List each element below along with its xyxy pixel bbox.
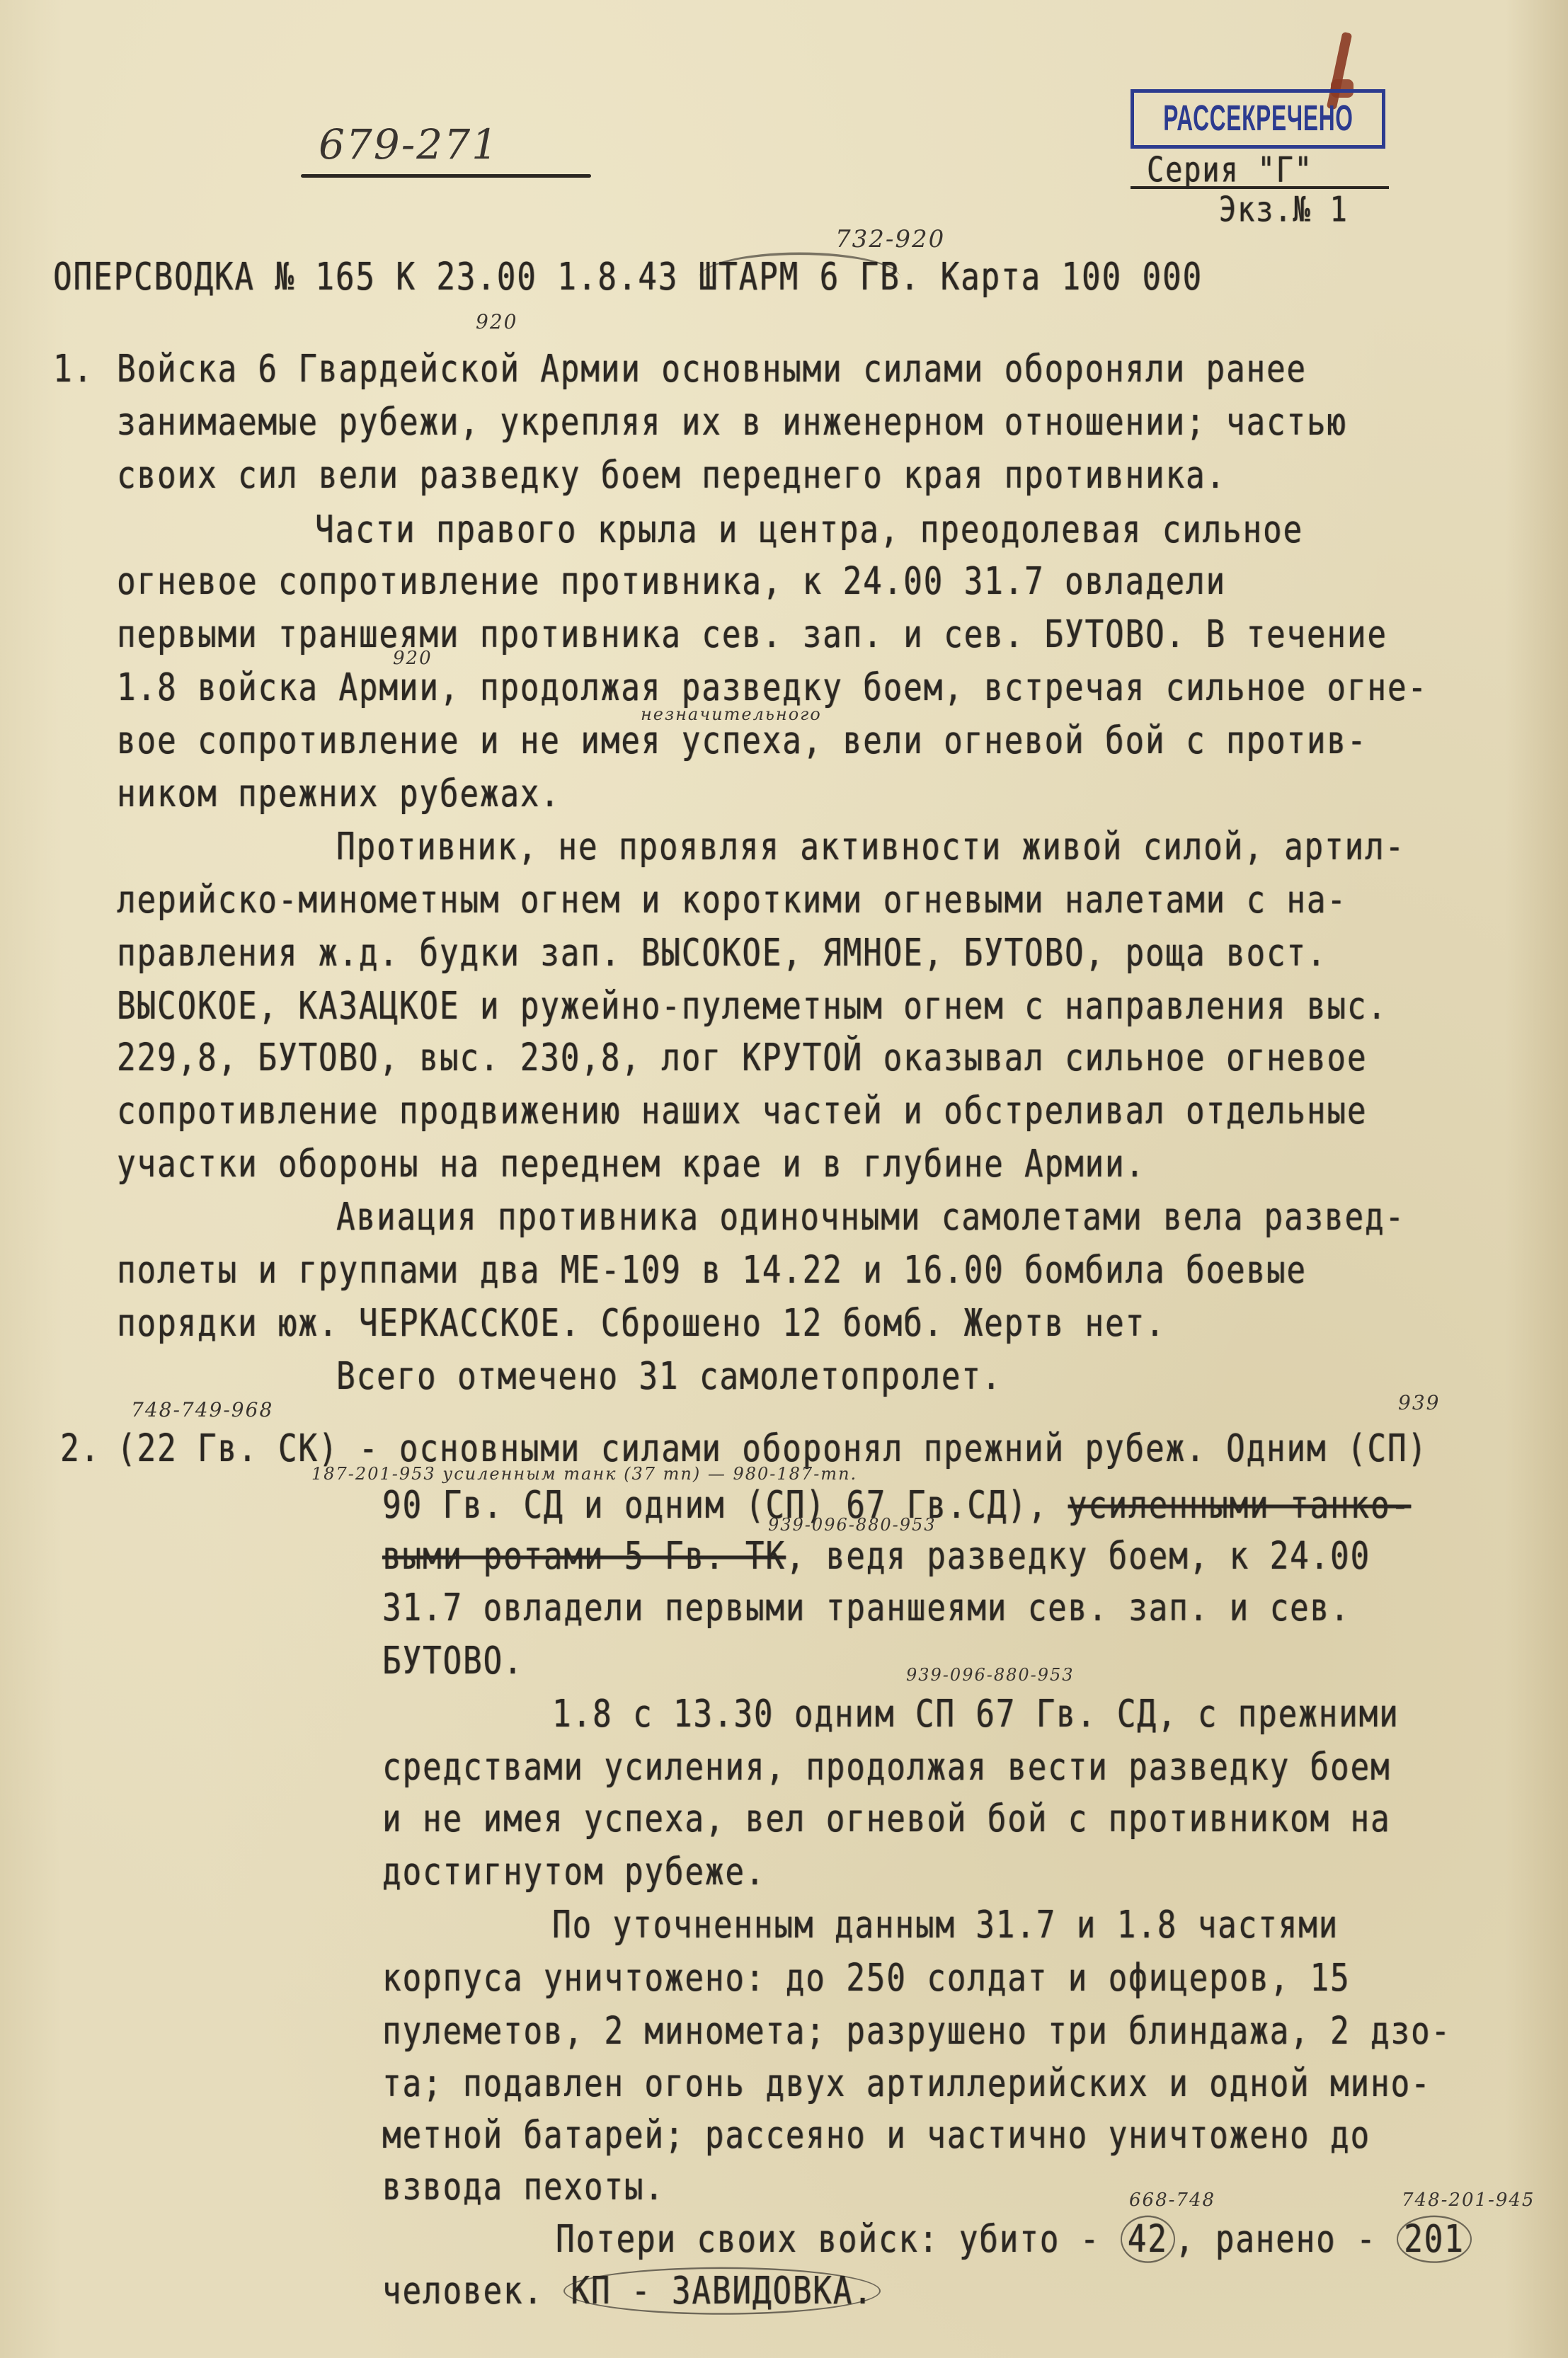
- annotation-killed: 668-748: [1129, 2190, 1215, 2211]
- para-line: корпуса уничтожено: до 250 солдат и офиц…: [382, 1959, 1351, 1998]
- para-line: полеты и группами два МЕ-109 в 14.22 и 1…: [117, 1252, 1307, 1290]
- series-label: Серия "Г": [1147, 153, 1313, 188]
- losses-line: Потери своих войск: убито - 42, ранено -…: [556, 2221, 1472, 2259]
- losses-line-2: человек. КП - ЗАВИДОВКА.: [382, 2272, 881, 2311]
- para-line: 1.8 войска Армии, продолжая разведку бое…: [117, 669, 1428, 707]
- para-line: Противник, не проявляя активности живой …: [336, 828, 1405, 866]
- people-label: человек.: [382, 2269, 563, 2313]
- struck-text: усиленными танко-: [1068, 1483, 1411, 1527]
- para-line: пулеметов, 2 миномета; разрушено три бли…: [382, 2013, 1451, 2051]
- archive-number-underline: [301, 174, 591, 178]
- para-line: сопротивление продвижению наших частей и…: [117, 1092, 1367, 1131]
- title-text: ОПЕРСВОДКА № 165 К 23.00 1.8.43: [53, 255, 699, 299]
- para-line: метной батарей; рассеяно и частично унич…: [382, 2117, 1370, 2155]
- document-title: ОПЕРСВОДКА № 165 К 23.00 1.8.43 ШТАРМ 6 …: [53, 258, 1203, 297]
- kept-text: 90 Гв. СД и одним (СП) 67 Гв.СД),: [382, 1483, 1068, 1527]
- command-post: КП - ЗАВИДОВКА.: [563, 2267, 880, 2315]
- annotation-corps: 748-749-968: [131, 1398, 273, 1421]
- para-line: правления ж.д. будки зап. ВЫСОКОЕ, ЯМНОЕ…: [117, 934, 1327, 973]
- section2-line: (22 Гв. СК) - основными силами оборонял …: [117, 1430, 1428, 1468]
- para-line: 1.8 с 13.30 одним СП 67 Гв. СД, с прежни…: [552, 1695, 1400, 1734]
- para-line: лерийско-минометным огнем и короткими ог…: [117, 881, 1347, 920]
- title-circled-hq: ШТАРМ 6 ГВ: [699, 252, 900, 299]
- annotation-reinforcement: 187-201-953 усиленным танк (37 тп) — 980…: [311, 1464, 857, 1484]
- annotation-units: 939-096-880-953: [768, 1515, 937, 1535]
- archive-number: 679-271: [319, 120, 499, 168]
- para-line: первыми траншеями противника сев. зап. и…: [117, 616, 1387, 654]
- para-line: Авиация противника одиночными самолетами…: [336, 1198, 1405, 1237]
- para-line: ником прежних рубежах.: [117, 775, 561, 813]
- para-line: По уточненным данным 31.7 и 1.8 частями: [552, 1906, 1339, 1945]
- wounded-count: 201: [1397, 2216, 1471, 2263]
- killed-count: 42: [1121, 2216, 1175, 2263]
- para-line: 229,8, БУТОВО, выс. 230,8, лог КРУТОЙ ок…: [117, 1039, 1367, 1077]
- para-line: Всего отмечено 31 самолетопролет.: [336, 1358, 1002, 1396]
- section1-line: занимаемые рубежи, укрепляя их в инженер…: [117, 404, 1347, 442]
- annotation-920-a: 920: [476, 310, 517, 333]
- para-line: взвода пехоты.: [382, 2168, 665, 2207]
- section2-line: БУТОВО.: [382, 1642, 523, 1681]
- section1-line: своих сил вели разведку боем переднего к…: [117, 457, 1226, 495]
- kept-text: , ведя разведку боем, к 24.00: [786, 1534, 1370, 1578]
- title-annotation: 732-920: [835, 225, 945, 253]
- para-line: и не имея успеха, вел огневой бой с прот…: [382, 1800, 1391, 1838]
- losses-prefix: Потери своих войск: убито -: [556, 2217, 1121, 2261]
- struck-text: выми ротами 5 Гв. ТК: [382, 1534, 786, 1578]
- section1-number: 1.: [53, 350, 93, 389]
- para-line: средствами усиления, продолжая вести раз…: [382, 1749, 1391, 1787]
- para-line: Части правого крыла и центра, преодолева…: [315, 511, 1303, 549]
- para-line: достигнутом рубеже.: [382, 1853, 765, 1891]
- annotation-units-2: 939-096-880-953: [906, 1665, 1075, 1685]
- section2-line: 31.7 овладели первыми траншеями сев. зап…: [382, 1589, 1351, 1627]
- para-line: вое сопротивление и не имея успеха, вели…: [117, 722, 1367, 760]
- stamp-label: РАССЕКРЕЧЕНО: [1163, 98, 1353, 139]
- copy-number: Экз.№ 1: [1219, 193, 1349, 227]
- losses-middle: , ранено -: [1175, 2217, 1397, 2261]
- para-line: ВЫСОКОЕ, КАЗАЦКОЕ и ружейно-пулеметным о…: [117, 988, 1387, 1026]
- section2-line: выми ротами 5 Гв. ТК, ведя разведку боем…: [382, 1538, 1370, 1576]
- title-map: . Карта 100 000: [900, 255, 1203, 299]
- series-underline: [1131, 186, 1389, 189]
- para-line: порядки юж. ЧЕРКАССКОЕ. Сброшено 12 бомб…: [117, 1305, 1166, 1343]
- para-line: та; подавлен огонь двух артиллерийских и…: [382, 2065, 1431, 2103]
- para-line: участки обороны на переднем крае и в глу…: [117, 1145, 1145, 1184]
- para-line: огневое сопротивление противника, к 24.0…: [117, 563, 1226, 601]
- declassified-stamp: РАССЕКРЕЧЕНО: [1131, 89, 1385, 149]
- section2-number: 2.: [60, 1430, 101, 1468]
- annotation-939: 939: [1398, 1391, 1440, 1414]
- annotation-wounded: 748-201-945: [1402, 2190, 1535, 2211]
- section1-line: Войска 6 Гвардейской Армии основными сил…: [117, 350, 1307, 389]
